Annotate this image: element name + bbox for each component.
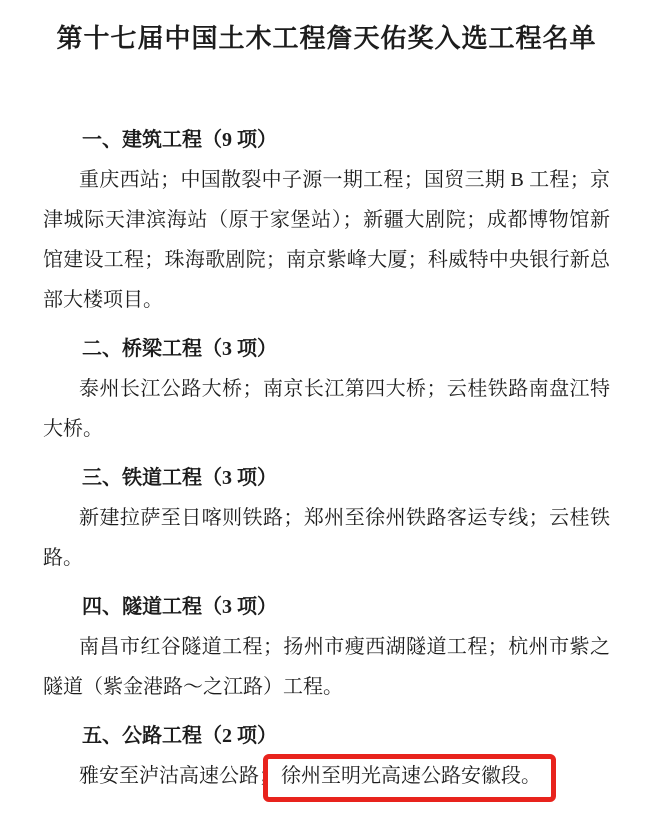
section-bridges: 二、桥梁工程（3 项） 泰州长江公路大桥；南京长江第四大桥；云桂铁路南盘江特大桥… [43, 329, 610, 449]
section-heading-railways: 三、铁道工程（3 项） [43, 458, 610, 498]
section-heading-highways: 五、公路工程（2 项） [43, 716, 610, 756]
section-tunnels: 四、隧道工程（3 项） 南昌市红谷隧道工程；扬州市瘦西湖隧道工程；杭州市紫之隧道… [43, 587, 610, 707]
red-highlight-box: 徐州至明光高速公路安徽段。 [263, 754, 556, 802]
section-highways: 五、公路工程（2 项） 雅安至泸沽高速公路；徐州至明光高速公路安徽段。 [43, 716, 610, 796]
section-heading-tunnels: 四、隧道工程（3 项） [43, 587, 610, 627]
sections-container: 一、建筑工程（9 项） 重庆西站；中国散裂中子源一期工程；国贸三期 B 工程；京… [43, 54, 610, 796]
section-body-railways: 新建拉萨至日喀则铁路；郑州至徐州铁路客运专线；云桂铁路。 [43, 498, 610, 578]
section-body-highways: 雅安至泸沽高速公路；徐州至明光高速公路安徽段。 [43, 756, 610, 796]
section-buildings: 一、建筑工程（9 项） 重庆西站；中国散裂中子源一期工程；国贸三期 B 工程；京… [43, 120, 610, 320]
section-railways: 三、铁道工程（3 项） 新建拉萨至日喀则铁路；郑州至徐州铁路客运专线；云桂铁路。 [43, 458, 610, 578]
section-heading-buildings: 一、建筑工程（9 项） [43, 120, 610, 160]
section-body-bridges: 泰州长江公路大桥；南京长江第四大桥；云桂铁路南盘江特大桥。 [43, 369, 610, 449]
document-title: 第十七届中国土木工程詹天佑奖入选工程名单 [43, 24, 610, 54]
highlighted-project-text: 徐州至明光高速公路安徽段。 [281, 765, 541, 787]
highway-body-text: 雅安至泸沽高速公路； [79, 765, 279, 787]
document-page: 第十七届中国土木工程詹天佑奖入选工程名单 一、建筑工程（9 项） 重庆西站；中国… [0, 0, 650, 816]
section-body-tunnels: 南昌市红谷隧道工程；扬州市瘦西湖隧道工程；杭州市紫之隧道（紫金港路～之江路）工程… [43, 627, 610, 707]
section-heading-bridges: 二、桥梁工程（3 项） [43, 329, 610, 369]
section-body-buildings: 重庆西站；中国散裂中子源一期工程；国贸三期 B 工程；京津城际天津滨海站（原于家… [43, 160, 610, 320]
